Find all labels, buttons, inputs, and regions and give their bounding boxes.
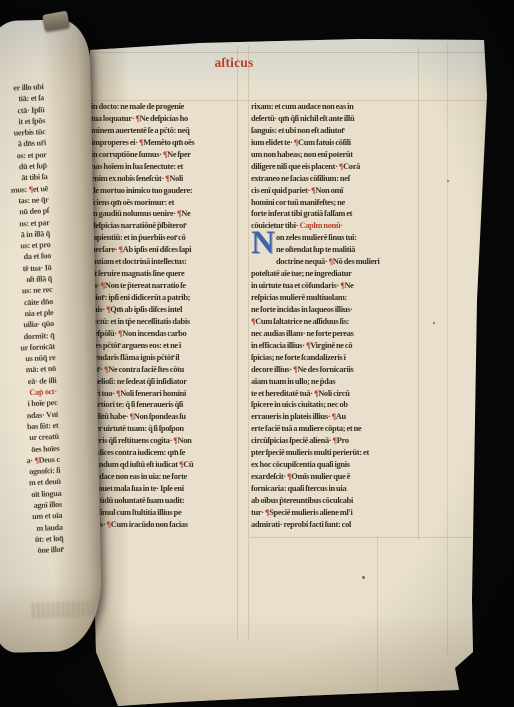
text-line: la· ¶Non te p̄tereat narratio ſe: [91, 280, 238, 292]
text-line: te et hereditatē tuā· ¶Noli circū: [251, 388, 419, 400]
facing-page-text-fragments: er illo ubitiā: et ſactā· Ipſūit et ſpōs…: [0, 81, 64, 558]
text-line: decore illius· ¶Ne des fornicariis: [251, 364, 419, 376]
text-line: ſpicere in uicis ciuitatis; nec ob: [251, 399, 419, 411]
text-line: grauet mala ſua in te· Ipſe enī: [91, 483, 238, 495]
page-tab: [42, 11, 69, 31]
text-line: extraneo ne facias cōſilium: neſ: [251, 173, 419, 185]
text-line: nes pc̄tōr̄ arguens eos: et ne ī: [91, 340, 238, 352]
text-line: cis enī quid pariet· ¶Non omī: [251, 185, 419, 197]
chapter-initial-letter: N: [251, 224, 275, 262]
text-column-left: in docto: ne male de progenietua loquatu…: [91, 101, 238, 533]
ruling-line: [248, 46, 249, 640]
ruling-line: [90, 52, 486, 53]
text-line: ori tuo· ¶Noli fenerari homini: [91, 388, 238, 400]
text-line: ium elidet te· ¶Cum fatuis cōſili: [251, 137, 419, 149]
text-line: rixam: et cum audace non eas in: [251, 101, 419, 113]
text-line: erraueris in plateis illius· ¶Au: [251, 411, 419, 423]
text-line: in uirtute tua et cōfundaris· ¶Ne: [251, 280, 419, 292]
text-line: lor̄· ¶Ne contra faciē ſtes cōtu: [91, 364, 238, 376]
text-line: circūſpicias ſpeciē alienā· ¶Pro: [251, 435, 419, 447]
parchment-speck: [362, 576, 365, 579]
text-line: ex hoc cōcupiſcentia quaſi ignis: [251, 459, 419, 471]
text-line: aīam tuam in ullo; ne p̄das: [251, 376, 419, 388]
facing-page-edge: er illo ubitiā: et ſactā· Ipſūit et ſpōs…: [0, 19, 103, 653]
text-line: tur· ¶Speciē mulieris aliene ml'i: [251, 507, 419, 519]
text-line: ſecūdū uoluntatē ſuam uadit:: [91, 495, 238, 507]
text-line: cundum qd iuſtū eſt iudicat ¶Cū: [91, 459, 238, 471]
text-line: forte inferat tibi gratiā falſam et: [251, 208, 419, 220]
text-column-right: rixam: et cum audace non eas indeſertū· …: [251, 101, 419, 539]
text-line: ſuis· ¶Qm̄ ab ipſis diſces intel: [91, 304, 238, 316]
text-line: nior̄: ipſi enī didicerūt a patrib;: [91, 292, 238, 304]
text-line: ſanguis: et ubi non eſt adiutor̄: [251, 125, 419, 137]
text-line: p̄ditū habe· ¶Non ſpondeas ſu: [91, 411, 238, 423]
ruling-line: [447, 42, 448, 654]
text-line: in gaudiū nolumus uenire· ¶Ne: [91, 208, 238, 220]
text-line: minem auertentē ſe a pc̄tō: neq̄: [91, 125, 238, 137]
text-line: cendaris flāma ignis pc̄tōr̄ il: [91, 352, 238, 364]
text-line: in efficacia illius· ¶Virginē ne cō: [251, 340, 419, 352]
text-line: admirati· reprobi facti ſunt: col: [251, 519, 419, 531]
text-line: fortiori te: q̄ ſi feneraueris q̄ſi: [91, 399, 238, 411]
text-line: deſertū· qm̄ q̄ſi nichil eſt ante illū: [251, 113, 419, 125]
text-line: tua loquatur· ¶Ne deſpicias ho: [91, 113, 238, 125]
text-line: nas hoīem in ſua ſenectute: et: [91, 161, 238, 173]
text-line: diligere niſi que eis placent· ¶Corā: [251, 161, 419, 173]
text-line: entiam et doctrinā intellectus:: [91, 256, 238, 268]
parchment-speck: [447, 180, 449, 182]
text-line: ne oſtendat ſup te malitiā: [251, 244, 419, 256]
text-line: um non habeas; non enī poterūt: [251, 149, 419, 161]
text-line: iudices contra iudicem: qm̄ ſe: [91, 447, 238, 459]
text-line: improperes ei· ¶Memēto qm̄ oēs: [91, 137, 238, 149]
text-line: exardeſcit· ¶Omīs mulier que ē: [251, 471, 419, 483]
ink-showthrough: [31, 600, 94, 618]
text-line: poteſtatē aīe tue; ne ingrediatur: [251, 268, 419, 280]
text-line: reſpōſū· ¶Non incendas carbo: [91, 328, 238, 340]
text-line: fornicaria: quaſi ſtercus in uia: [251, 483, 419, 495]
text-line: deſpicias narratiōnē p̄ſbiteror̄: [91, 220, 238, 232]
text-line: ne forte incidas in laqueos illius·: [251, 304, 419, 316]
text-line: de mortuo inimico tuo gaudere:: [91, 185, 238, 197]
text-fragment: ōne illor̄: [0, 544, 64, 558]
text-line: et ſeruire magnatis ſine quere: [91, 268, 238, 280]
text-line: cōuicietur tibi· Caplm nonū·: [251, 220, 419, 232]
text-line: nec audias illam· ne forte pereas: [251, 328, 419, 340]
text-line: erte faciē tuā a muliere cōpta; et ne: [251, 423, 419, 435]
text-line: homini cor tuū manifeſtes; ne: [251, 197, 419, 209]
text-line: ſciens qm̄ oēs morimur: et: [91, 197, 238, 209]
text-line: ſapientiū: et in p̄uerbiis eor̄ cō: [91, 232, 238, 244]
text-line: ¶Cum ſaltatrice ne aſſiduus ſis:: [251, 316, 419, 328]
text-line: ab oībus p̄tereuntibus cōculcabi: [251, 495, 419, 507]
text-line: reſpicias mulierē multiuolam:: [251, 292, 419, 304]
text-line: per uirtutē tuam: q̄ ſi ſpoſpon: [91, 423, 238, 435]
running-head: aſticus: [178, 55, 290, 71]
text-line: enim ex nobis ſeneſcūt· ¶Noli: [91, 173, 238, 185]
text-line: ries· ¶Cum iracūdo non facias: [91, 519, 238, 531]
text-line: et ſimul cum ſtultitia illius pe: [91, 507, 238, 519]
text-line: uerſare· ¶Ab ipſis enī diſces ſapi: [91, 244, 238, 256]
text-line: lectū: et in tp̄e neceſſitatis dabis: [91, 316, 238, 328]
text-line: in corruptiōne ſumus· ¶Ne ſper: [91, 149, 238, 161]
text-line: doctrine nequā· ¶Nō des mulieri: [251, 256, 419, 268]
text-line: in docto: ne male de progenie: [91, 101, 238, 113]
text-line: on zeles mulierē ſinus tui:: [251, 232, 419, 244]
text-line: deris q̄ſi reſtituens cogita· ¶Non: [91, 435, 238, 447]
text-line: melioſi: ne ſedeat q̄ſi inſidiator: [91, 376, 238, 388]
parchment-speck: [433, 322, 435, 324]
text-line: audace non eas in uia: ne forte: [91, 471, 238, 483]
crease-line: [377, 535, 378, 697]
text-line: ſpicias; ne forte ſcandalizeris ī: [251, 352, 419, 364]
manuscript-photo: aſticus in docto: ne male de progenietua…: [0, 0, 514, 707]
text-line: pter ſpeciē mulieris multi perierūt: et: [251, 447, 419, 459]
